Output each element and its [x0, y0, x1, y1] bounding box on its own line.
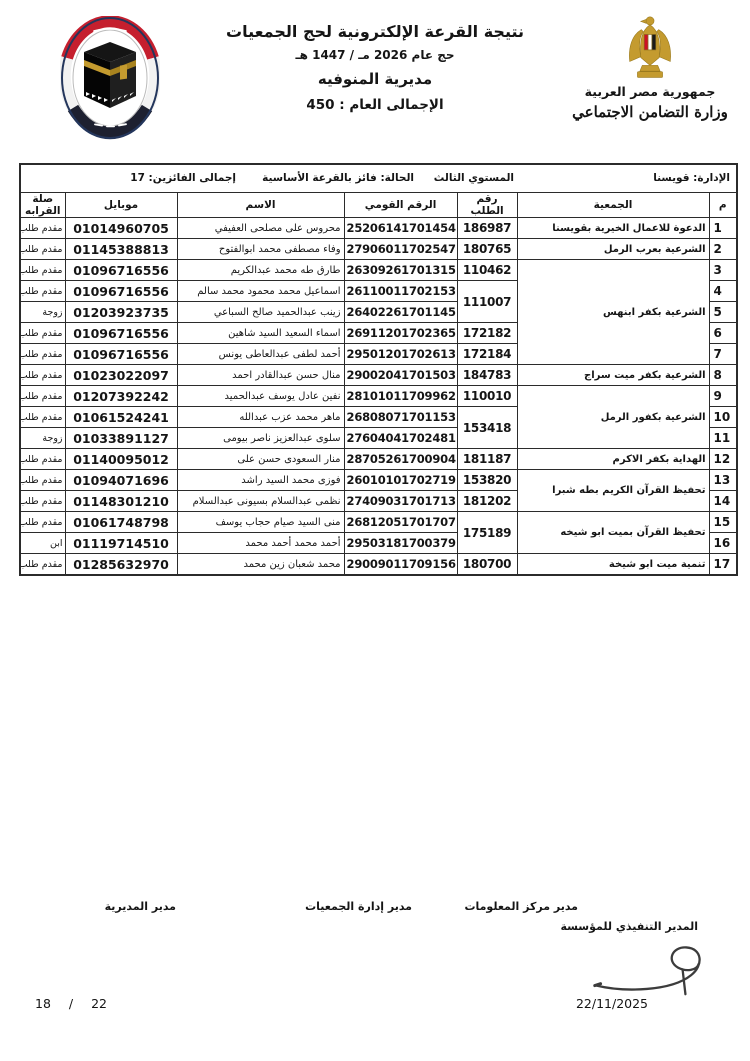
- request-number: 110010: [457, 386, 517, 407]
- mobile-number: 01119714510: [65, 533, 177, 554]
- national-id: 27906011702547: [344, 239, 457, 260]
- national-id: 26010101702719: [344, 470, 457, 491]
- signature-associations-director: مدير إدارة الجمعيات: [305, 900, 412, 913]
- person-name: اسماعيل محمد محمود محمد سالم: [177, 281, 344, 302]
- request-number: 172184: [457, 344, 517, 365]
- relation: مقدم طلب: [20, 512, 65, 533]
- association-name: تنمية ميت ابو شيخة: [517, 554, 709, 576]
- document-header: نتيجة القرعة الإلكترونية لحج الجمعيات حج…: [0, 10, 750, 158]
- row-number: 7: [709, 344, 737, 365]
- signature-info-center-director: مدير مركز المعلومات: [464, 900, 578, 913]
- grand-total: الإجمالى العام : 450: [175, 97, 575, 113]
- row-number: 10: [709, 407, 737, 428]
- row-number: 3: [709, 260, 737, 281]
- table-row: 17تنمية ميت ابو شيخة18070029009011709156…: [20, 554, 737, 576]
- signature-executive-director: المدير التنفيذي للمؤسسة: [560, 920, 698, 933]
- person-name: فوزى محمد السيد راشد: [177, 470, 344, 491]
- request-number: 180765: [457, 239, 517, 260]
- national-id: 28101011709962: [344, 386, 457, 407]
- column-header-row: مالجمعيةرقم الطلبالرقم القوميالاسمموبايل…: [20, 193, 737, 218]
- mobile-number: 01285632970: [65, 554, 177, 576]
- lottery-result-document: نتيجة القرعة الإلكترونية لحج الجمعيات حج…: [0, 0, 750, 1061]
- table-row: 3الشرعية بكفر ابنهس11046226309261701315ط…: [20, 260, 737, 281]
- relation: مقدم طلب: [20, 407, 65, 428]
- ministry-name: وزارة التضامن الاجتماعي: [560, 103, 740, 121]
- handwritten-signature-icon: [590, 936, 716, 998]
- request-number: 111007: [457, 281, 517, 323]
- relation: مقدم طلب: [20, 281, 65, 302]
- kaaba-icon: [84, 42, 136, 108]
- mobile-number: 01148301210: [65, 491, 177, 512]
- table-row: 13تحفيظ القرآن الكريم بطه شبرا1538202601…: [20, 470, 737, 491]
- relation: مقدم طلب: [20, 239, 65, 260]
- table-row: 2الشرعية بعرب الرمل18076527906011702547و…: [20, 239, 737, 260]
- person-name: طارق طه محمد عبدالكريم: [177, 260, 344, 281]
- national-id: 28705261700904: [344, 449, 457, 470]
- mobile-number: 01061748798: [65, 512, 177, 533]
- row-number: 11: [709, 428, 737, 449]
- row-number: 2: [709, 239, 737, 260]
- request-number: 110462: [457, 260, 517, 281]
- association-name: الشرعية بعرب الرمل: [517, 239, 709, 260]
- association-name: الدعوة للاعمال الخيرية بقويسنا: [517, 218, 709, 239]
- person-name: زينب عبدالحميد صالح السباعي: [177, 302, 344, 323]
- page-number: 18 / 22: [35, 996, 121, 1011]
- association-name: تحفيظ القرآن الكريم بطه شبرا: [517, 470, 709, 512]
- row-number: 12: [709, 449, 737, 470]
- signature-directorate-director: مدير المديرية: [105, 900, 176, 913]
- association-name: تحفيظ القرآن بميت ابو شيخه: [517, 512, 709, 554]
- association-name: الشرعية بكفور الرمل: [517, 386, 709, 449]
- egypt-eagle-emblem-icon: [621, 12, 679, 82]
- national-id: 27604041702481: [344, 428, 457, 449]
- request-number: 153418: [457, 407, 517, 449]
- request-number: 153820: [457, 470, 517, 491]
- page-current: 18: [35, 996, 51, 1011]
- request-number: 186987: [457, 218, 517, 239]
- mobile-number: 01096716556: [65, 281, 177, 302]
- mobile-number: 01023022097: [65, 365, 177, 386]
- request-number: 180700: [457, 554, 517, 576]
- mobile-number: 01207392242: [65, 386, 177, 407]
- person-name: محروس على مصلحى العفيفي: [177, 218, 344, 239]
- person-name: ماهر محمد عزب عبدالله: [177, 407, 344, 428]
- title-block: نتيجة القرعة الإلكترونية لحج الجمعيات حج…: [175, 22, 575, 113]
- relation: مقدم طلب: [20, 218, 65, 239]
- national-id: 26812051701707: [344, 512, 457, 533]
- request-number: 181187: [457, 449, 517, 470]
- relation: مقدم طلب: [20, 323, 65, 344]
- row-number: 5: [709, 302, 737, 323]
- total-winners-value: إجمالى الفائزين: 17: [130, 172, 236, 184]
- row-number: 17: [709, 554, 737, 576]
- national-id: 26309261701315: [344, 260, 457, 281]
- request-number: 175189: [457, 512, 517, 554]
- page-total: 22: [91, 996, 107, 1011]
- column-header-3: الرقم القومي: [344, 193, 457, 218]
- relation: مقدم طلب: [20, 260, 65, 281]
- request-number: 172182: [457, 323, 517, 344]
- document-date: 22/11/2025: [576, 996, 648, 1011]
- relation: مقدم طلب: [20, 386, 65, 407]
- person-name: أحمد محمد أحمد محمد: [177, 533, 344, 554]
- table-row: 9الشرعية بكفور الرمل11001028101011709962…: [20, 386, 737, 407]
- request-number: 181202: [457, 491, 517, 512]
- results-table-wrapper: الإدارة: قويسنا المستوي الثالث الحالة: ف…: [19, 163, 738, 576]
- national-id: 26110011702153: [344, 281, 457, 302]
- table-row: 8الشرعية بكفر ميت سراج184783290020417015…: [20, 365, 737, 386]
- request-number: 184783: [457, 365, 517, 386]
- association-name: الشرعية بكفر ابنهس: [517, 260, 709, 365]
- results-table-body: 1الدعوة للاعمال الخيرية بقويسنا186987252…: [20, 218, 737, 576]
- relation: زوجة: [20, 302, 65, 323]
- column-header-2: رقم الطلب: [457, 193, 517, 218]
- person-name: اسماء السعيد السيد شاهين: [177, 323, 344, 344]
- table-row: 15تحفيظ القرآن بميت ابو شيخه175189268120…: [20, 512, 737, 533]
- national-id: 26808071701153: [344, 407, 457, 428]
- table-row: 12الهداية بكفر الاكرم1811872870526170090…: [20, 449, 737, 470]
- relation: مقدم طلب: [20, 344, 65, 365]
- person-name: نظمى عبدالسلام بسيونى عبدالسلام: [177, 491, 344, 512]
- results-table: الإدارة: قويسنا المستوي الثالث الحالة: ف…: [19, 163, 738, 576]
- national-id: 26911201702365: [344, 323, 457, 344]
- row-number: 4: [709, 281, 737, 302]
- row-number: 13: [709, 470, 737, 491]
- person-name: أحمد لطفى عبدالعاطى يونس: [177, 344, 344, 365]
- person-name: نفين عادل يوسف عبدالحميد: [177, 386, 344, 407]
- column-header-4: الاسم: [177, 193, 344, 218]
- national-id: 27409031701713: [344, 491, 457, 512]
- mobile-number: 01203923735: [65, 302, 177, 323]
- row-number: 1: [709, 218, 737, 239]
- relation: ابن: [20, 533, 65, 554]
- national-id: 26402261701145: [344, 302, 457, 323]
- national-id: 29503181700379: [344, 533, 457, 554]
- person-name: وفاء مصطفى محمد ابوالفتوح: [177, 239, 344, 260]
- national-id: 25206141701454: [344, 218, 457, 239]
- national-id: 29501201702613: [344, 344, 457, 365]
- directorate-name: مديرية المنوفيه: [175, 70, 575, 88]
- column-header-6: صلة القرابه: [20, 193, 65, 218]
- row-number: 9: [709, 386, 737, 407]
- mobile-number: 01145388813: [65, 239, 177, 260]
- association-name: الهداية بكفر الاكرم: [517, 449, 709, 470]
- person-name: منال حسن عبدالقادر احمد: [177, 365, 344, 386]
- national-id: 29009011709156: [344, 554, 457, 576]
- mobile-number: 01061524241: [65, 407, 177, 428]
- column-header-5: موبايل: [65, 193, 177, 218]
- government-logo-block: جمهورية مصر العربية وزارة التضامن الاجتم…: [560, 12, 740, 121]
- person-name: منار السعودى حسن على: [177, 449, 344, 470]
- association-name: الشرعية بكفر ميت سراج: [517, 365, 709, 386]
- relation: مقدم طلب: [20, 365, 65, 386]
- hajj-kaaba-badge-icon: [60, 16, 160, 142]
- mobile-number: 01033891127: [65, 428, 177, 449]
- row-number: 14: [709, 491, 737, 512]
- person-name: سلوى عبدالعزيز ناصر بيومى: [177, 428, 344, 449]
- status-value: الحالة: فائز بالقرعة الأساسية: [262, 172, 414, 184]
- country-name: جمهورية مصر العربية: [560, 84, 740, 99]
- mobile-number: 01096716556: [65, 323, 177, 344]
- row-number: 15: [709, 512, 737, 533]
- row-number: 16: [709, 533, 737, 554]
- info-row: الإدارة: قويسنا المستوي الثالث الحالة: ف…: [20, 164, 737, 193]
- column-header-1: الجمعية: [517, 193, 709, 218]
- row-number: 8: [709, 365, 737, 386]
- person-name: منى السيد صيام حجاب يوسف: [177, 512, 344, 533]
- person-name: محمد شعبان زين محمد: [177, 554, 344, 576]
- relation: مقدم طلب: [20, 470, 65, 491]
- page-separator: /: [69, 996, 73, 1011]
- page-title: نتيجة القرعة الإلكترونية لحج الجمعيات: [175, 22, 575, 41]
- hajj-year: حج عام 2026 مـ / 1447 هـ: [175, 48, 575, 62]
- administration-value: الإدارة: قويسنا: [653, 172, 730, 184]
- mobile-number: 01014960705: [65, 218, 177, 239]
- mobile-number: 01094071696: [65, 470, 177, 491]
- mobile-number: 01140095012: [65, 449, 177, 470]
- relation: مقدم طلب: [20, 449, 65, 470]
- level-value: المستوي الثالث: [434, 172, 514, 184]
- national-id: 29002041701503: [344, 365, 457, 386]
- table-row: 1الدعوة للاعمال الخيرية بقويسنا186987252…: [20, 218, 737, 239]
- mobile-number: 01096716556: [65, 260, 177, 281]
- relation: زوجة: [20, 428, 65, 449]
- row-number: 6: [709, 323, 737, 344]
- relation: مقدم طلب: [20, 491, 65, 512]
- relation: مقدم طلب: [20, 554, 65, 576]
- column-header-0: م: [709, 193, 737, 218]
- mobile-number: 01096716556: [65, 344, 177, 365]
